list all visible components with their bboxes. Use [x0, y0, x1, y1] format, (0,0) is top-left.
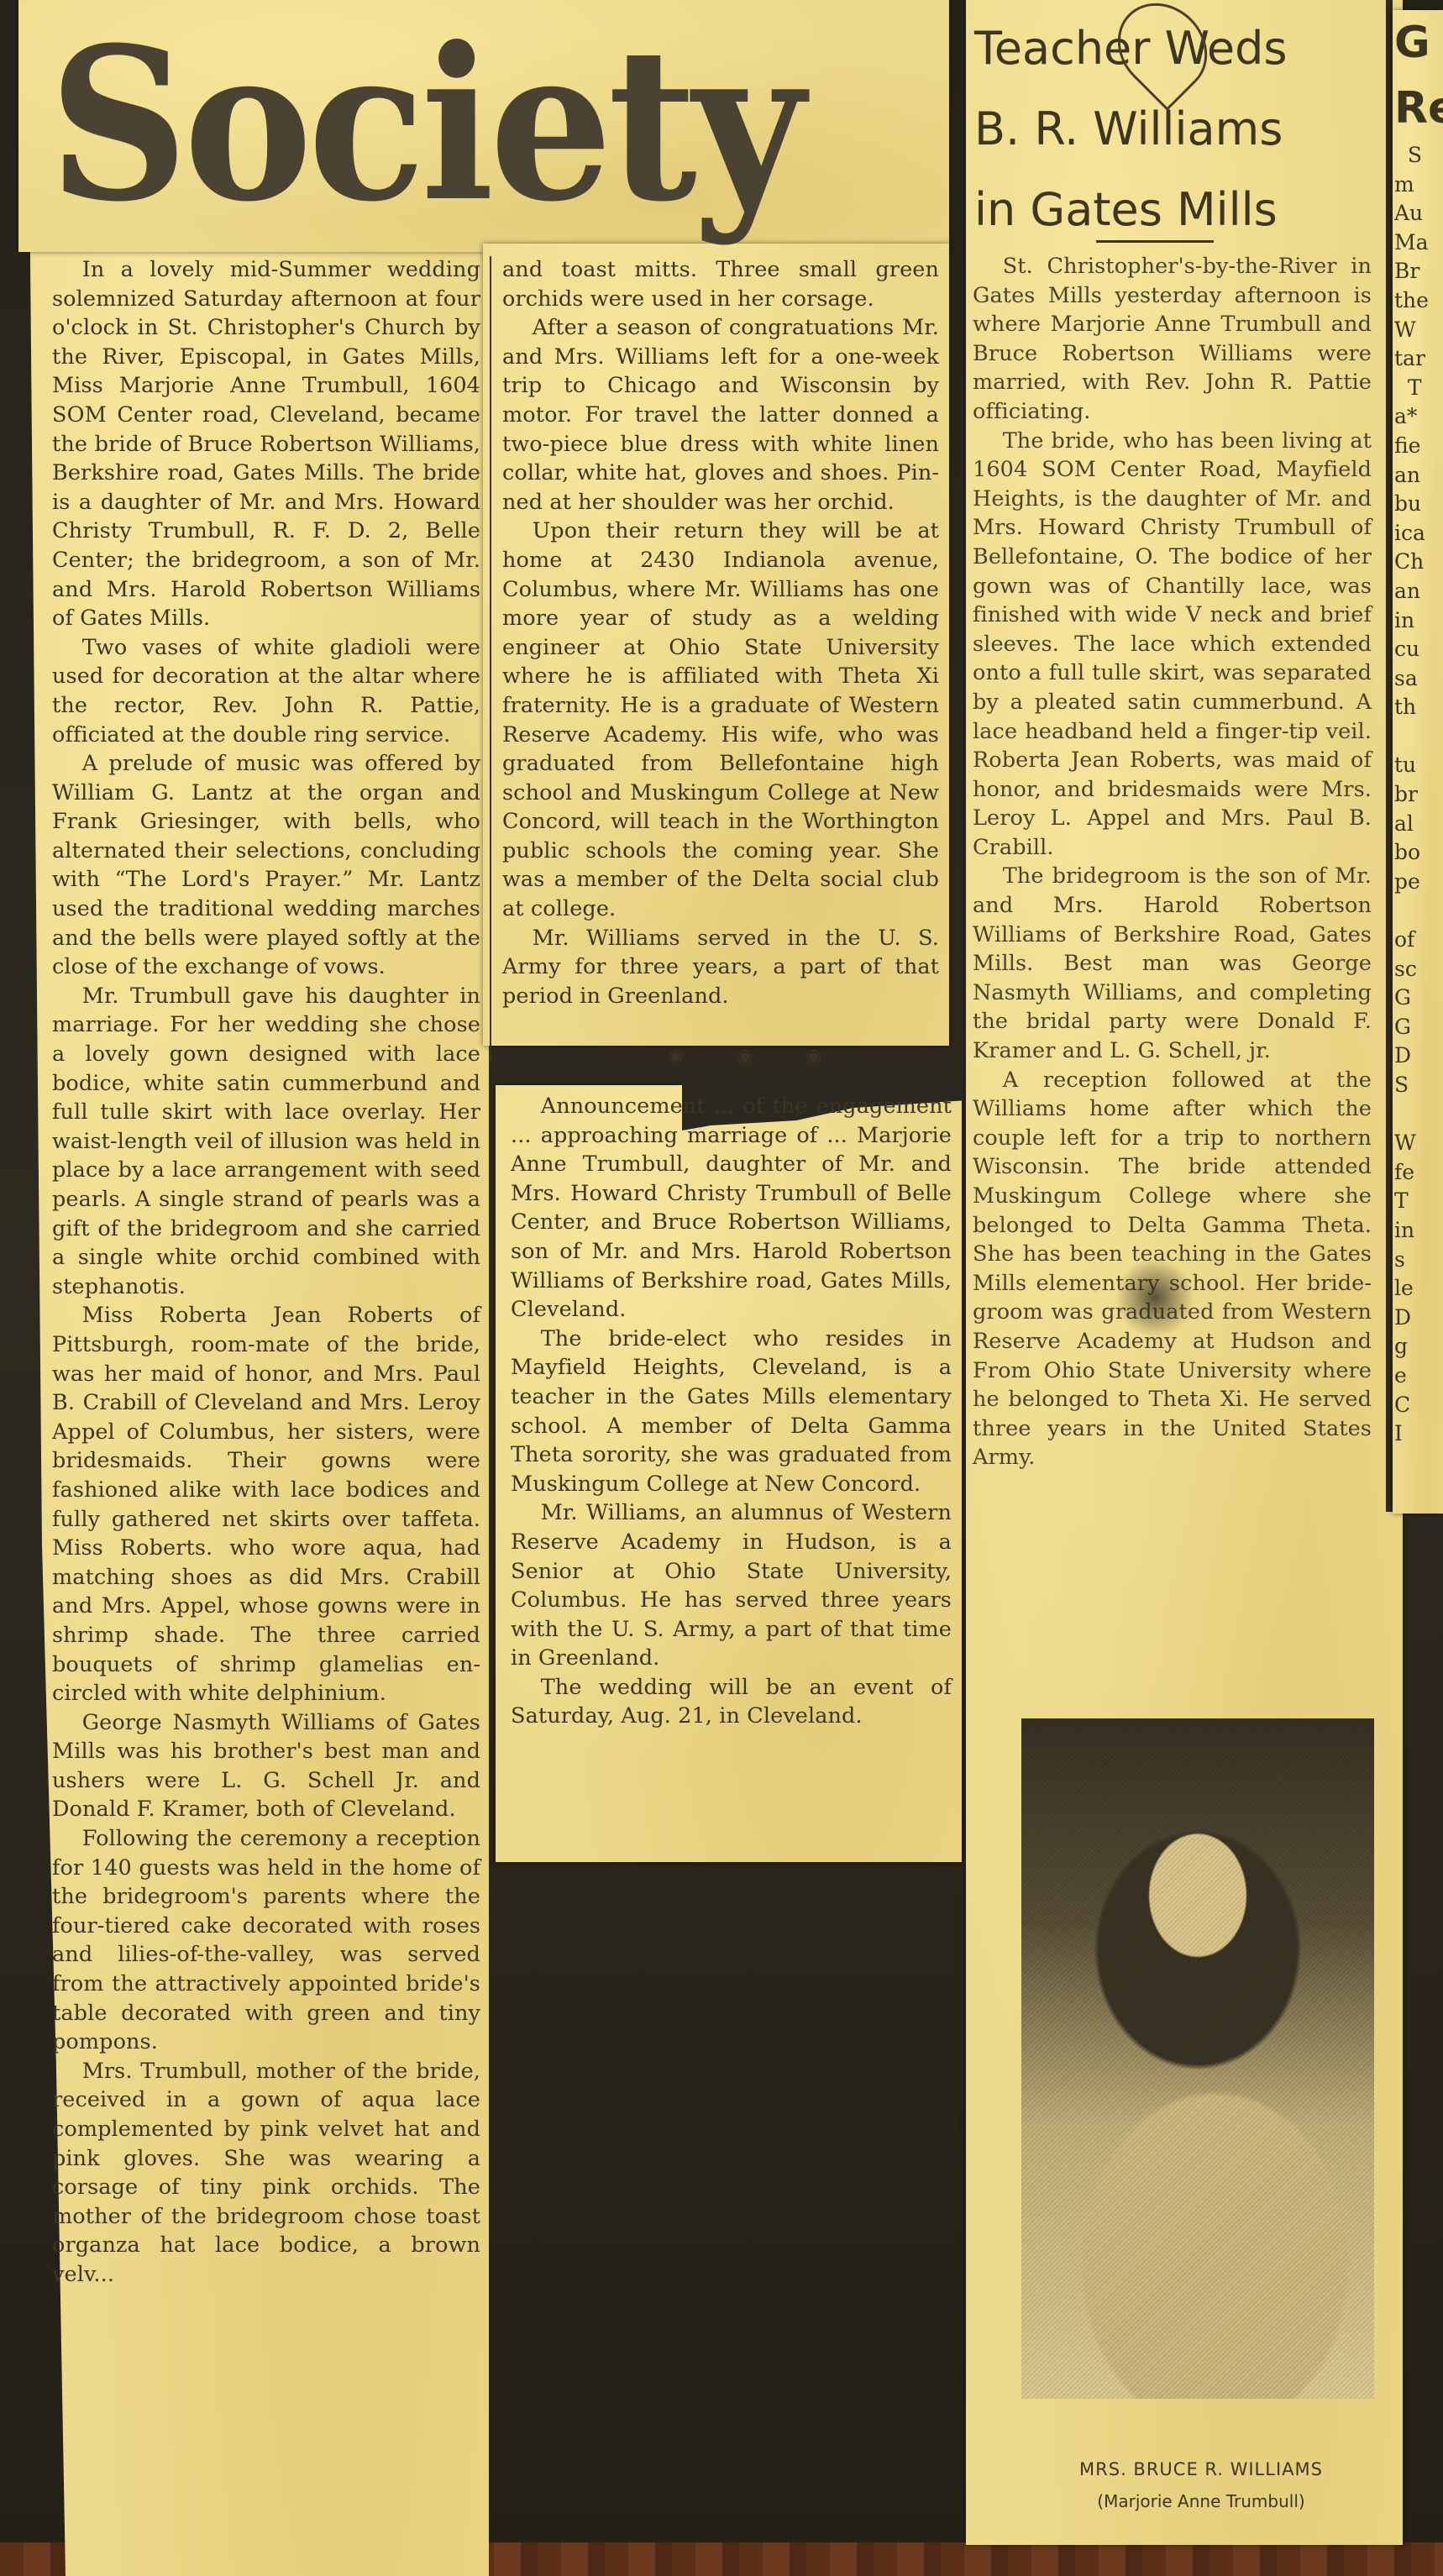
fragment-line: W [1394, 316, 1443, 345]
fragment-line: Ma [1394, 228, 1443, 258]
fragment-line: m [1394, 171, 1443, 200]
paragraph: and toast mitts. Three small green orchi… [502, 255, 939, 313]
photo-caption-maiden-name: (Marjorie Anne Trumbull) [974, 2491, 1428, 2511]
fragment-line: a* [1394, 402, 1443, 432]
fragment-line: tar [1394, 344, 1443, 374]
society-column-2: and toast mitts. Three small green orchi… [502, 255, 939, 1010]
fragment-line: I [1394, 1419, 1443, 1449]
fragment-line: tu [1394, 751, 1443, 780]
fragment-line: in [1394, 1216, 1443, 1246]
fragment-line: an [1394, 577, 1443, 606]
fragment-line: W [1394, 1129, 1443, 1158]
paragraph: Miss Roberta Jean Roberts of Pittsburgh,… [52, 1301, 480, 1708]
paragraph: Mr. Williams, an alumnus of Western Rese… [511, 1498, 952, 1673]
paragraph: After a season of congratuations Mr. and… [502, 313, 939, 517]
fragment-line: the [1394, 286, 1443, 316]
fragment-line: cu [1394, 635, 1443, 664]
fragment-line: an [1394, 461, 1443, 491]
engagement-announcement: Announcement ... of the engagement ... a… [511, 1092, 952, 1731]
paragraph: Mrs. Trumbull, mother of the bride, rece… [52, 2057, 480, 2290]
fragment-line [1394, 896, 1443, 926]
headline-line: in Gates Mills [974, 170, 1377, 250]
paragraph: George Nasmyth Williams of Gates Mills w… [52, 1708, 480, 1824]
fragment-line: D [1394, 1304, 1443, 1333]
paragraph: In a lovely mid-Summer wed­ding solemniz… [52, 255, 480, 633]
paragraph: St. Christopher's-by-the-River in Gates … [973, 252, 1372, 427]
fragment-line: G [1394, 1013, 1443, 1042]
fragment-line: Br [1394, 257, 1443, 286]
column-divider [490, 256, 491, 1062]
paragraph: Announcement ... of the engagement ... a… [511, 1092, 952, 1325]
fragment-line: bu [1394, 490, 1443, 519]
paragraph: The bridegroom is the son of Mr. and Mrs… [973, 862, 1372, 1065]
fragment-line: s [1394, 1246, 1443, 1275]
clipping-edge-shadow [1386, 0, 1393, 1512]
fragment-line: T [1394, 374, 1443, 403]
fragment-line: S [1394, 1071, 1443, 1100]
fragment-line: ica [1394, 519, 1443, 548]
end-ornament: ◉ ◉ ◉ [668, 1046, 846, 1067]
paragraph: The bride-elect who resides in Mayfield … [511, 1325, 952, 1499]
fragment-line: of [1394, 926, 1443, 955]
headline-rule [1096, 240, 1214, 243]
fragment-line: bo [1394, 838, 1443, 868]
fragment-headline: G [1394, 10, 1443, 76]
paragraph: The bride, who has been living at 1604 S… [973, 427, 1372, 863]
paragraph: Following the ceremony a recep­tion for … [52, 1824, 480, 2057]
fragment-line: T [1394, 1187, 1443, 1216]
paragraph: A prelude of music was offered by Willia… [52, 749, 480, 982]
paragraph: Mr. Trumbull gave his daughter in marria… [52, 982, 480, 1302]
paragraph: The wedding will be an event of Saturday… [511, 1673, 952, 1731]
society-column-1: In a lovely mid-Summer wed­ding solemniz… [52, 255, 480, 2290]
paragraph: Upon their return they will be at home a… [502, 517, 939, 923]
fragment-line: sc [1394, 955, 1443, 984]
fragment-line: G [1394, 984, 1443, 1013]
fragment-line: al [1394, 810, 1443, 839]
bride-portrait-photo [1021, 1718, 1374, 2399]
fragment-line: br [1394, 780, 1443, 810]
fragment-line: pe [1394, 868, 1443, 897]
fragment-line: Au [1394, 199, 1443, 228]
ink-stain [1113, 1260, 1197, 1335]
fragment-headline: Re [1394, 76, 1443, 141]
fragment-line: th [1394, 693, 1443, 722]
fragment-line: in [1394, 606, 1443, 636]
fragment-line: le [1394, 1274, 1443, 1304]
photo-caption-name: MRS. BRUCE R. WILLIAMS [974, 2459, 1428, 2479]
fragment-line [1394, 1100, 1443, 1130]
side-fragment-text: G Re SmAuMaBrtheWtar Ta*fieanbuicaChanin… [1394, 10, 1443, 1514]
fragment-line: S [1394, 141, 1443, 171]
society-masthead: Society [49, 15, 845, 233]
paragraph: Mr. Williams served in the U. S. Army fo… [502, 924, 939, 1011]
fragment-line: fie [1394, 432, 1443, 461]
fragment-line: sa [1394, 664, 1443, 694]
fragment-line: Ch [1394, 548, 1443, 577]
fragment-line: D [1394, 1041, 1443, 1071]
fragment-line: g [1394, 1332, 1443, 1361]
fragment-line [1394, 722, 1443, 752]
paragraph: Two vases of white gladioli were used fo… [52, 633, 480, 749]
fragment-line: C [1394, 1391, 1443, 1420]
fragment-line: fe [1394, 1158, 1443, 1188]
fragment-line: e [1394, 1361, 1443, 1391]
